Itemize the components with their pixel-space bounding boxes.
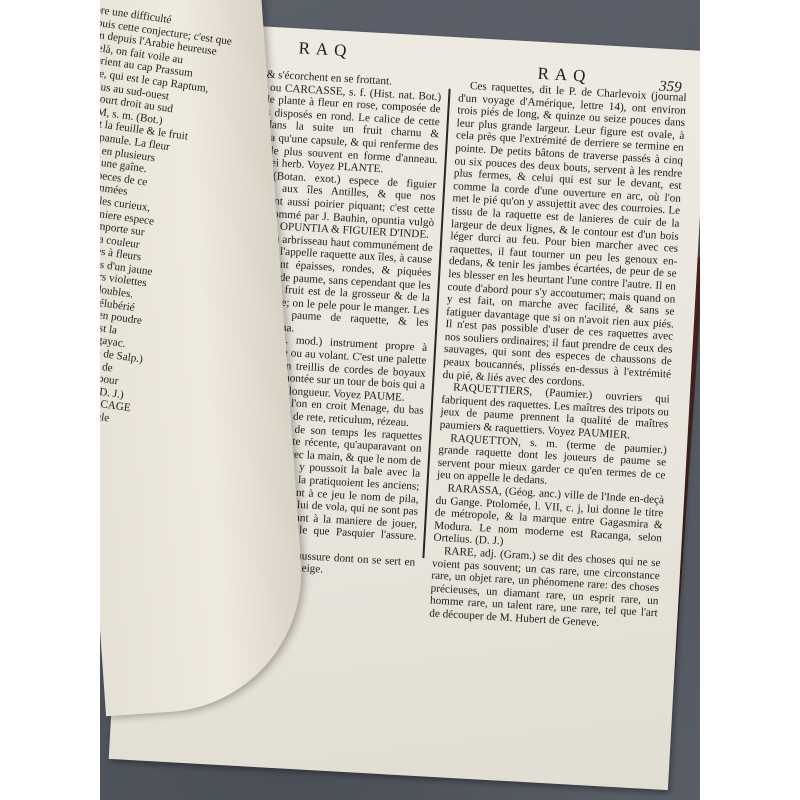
entry-rare: RARE, adj. (Gram.) se dit des choses qui… — [429, 545, 661, 633]
book-photograph: RAQ RAQ 359 ils se touchent, & s'écorche… — [100, 0, 700, 800]
right-column: Ces raquettes, dit le P. de Charlevoix (… — [429, 79, 687, 632]
running-head-left: RAQ — [298, 38, 353, 61]
left-page-text: il y a encore une difficultédit que depu… — [100, 0, 254, 612]
paragraph: Ces raquettes, dit le P. de Charlevoix (… — [442, 79, 687, 394]
